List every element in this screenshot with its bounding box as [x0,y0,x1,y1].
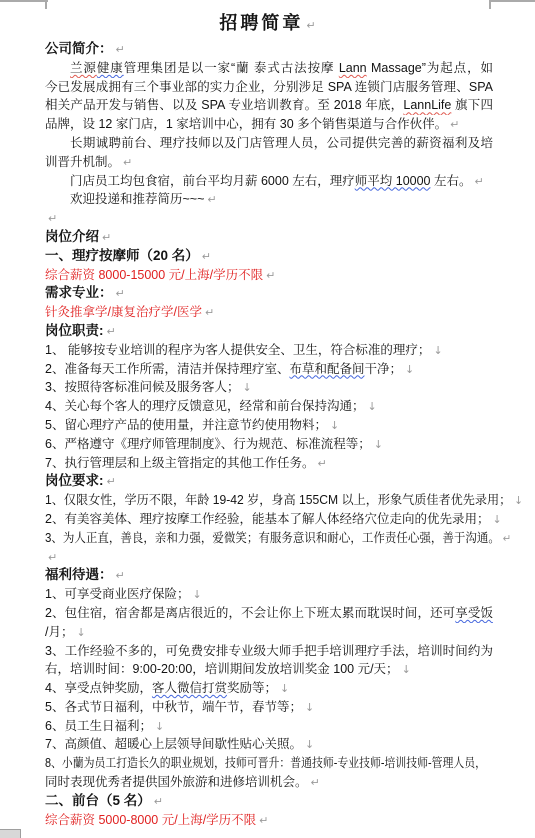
paragraph-mark: ↵ [116,567,125,586]
text-run: LannLife [403,98,451,112]
text-run: 2、包住宿，宿舍都是离店很近的，不会让你上下班太累而耽误时间，还可 [45,606,455,620]
paragraph-line: 长期诚聘前台、理疗技师以及门店管理人员，公司提供完善的薪资福利及培 [45,134,493,153]
requirement-item: 1、仅限女性，学历不限，年龄 19-42 岁，身高 155CM 以上，形象气质佳… [45,491,480,510]
text-run: 同时表现优秀者提供国外旅游和进修培训机会。 [45,775,308,789]
text-run: 1、可享受商业医疗保险； [45,587,189,601]
text-run: 6、员工生日福利； [45,719,152,733]
paragraph-line: 欢迎投递和推荐简历~~~↵ [45,190,493,209]
text-run: 兰源 [70,61,97,75]
linebreak-mark: ↓ [305,736,314,755]
duty-item: 4、关心每个客人的理疗反馈意见，经常和前台保持沟通；↓ [45,397,493,416]
text-run: 1、 能够按专业培训的程序为客人提供安全、卫生，符合标准的理疗； [45,343,430,357]
text-run: 相关产品开发与销售、以及 SPA 专业培训教育。至 2018 年底， [45,98,403,112]
benefit-item: 右，培训时间：9:00-20:00，培训期间发放培训奖金 100 元/天；↓ [45,660,493,679]
text-run: 3、为人正直，善良，亲和力强，爱微笑；有服务意识和耐心，工作责任心强，善于沟通。 [45,531,500,545]
benefits-heading: 福利待遇：↵ [45,566,493,585]
paragraph-mark: ↵ [205,304,214,323]
paragraph-line: 相关产品开发与销售、以及 SPA 专业培训教育。至 2018 年底，LannLi… [45,96,493,115]
text-run: 岗位职责: [45,323,104,338]
benefit-item: 4、享受点钟奖励，客人微信打赏奖励等；↓ [45,679,493,698]
margin-mark-top-right-horizontal [489,0,535,2]
linebreak-mark: ↓ [405,361,414,380]
paragraph-line: 品牌，设 12 家门店，1 家培训中心，拥有 30 多个销售渠道与合作伙伴。↵ [45,115,493,134]
benefit-item: 同时表现优秀者提供国外旅游和进修培训机会。↵ [45,773,493,792]
text-run: 4、享受点钟奖励， [45,681,152,695]
paragraph-mark: ↵ [116,41,125,60]
linebreak-mark: ↓ [433,342,442,361]
linebreak-mark: ↓ [492,511,501,530]
linebreak-mark: ↓ [374,436,383,455]
benefit-item: 8、小蘭为员工打造长久的职业规划，技师可晋升：普通技师-专业技师-培训技师-管理… [45,754,435,773]
text-run: 综合薪资 8000-15000 元/上海/学历不限 [45,268,263,282]
duties-heading: 岗位职责:↵ [45,322,493,341]
paragraph-mark: ↵ [450,116,459,135]
text-run: 岗位要求: [45,473,104,488]
linebreak-mark: ↓ [242,379,251,398]
paragraph-mark: ↵ [102,229,111,248]
paragraph-mark: ↵ [202,248,211,267]
job-title-masseur: 一、理疗按摩师（20 名）↵ [45,247,493,266]
document-page: 招聘简章↵ 公司简介：↵兰源健康管理集团是以一家“蘭 泰式古法按摩 Lann M… [0,0,535,838]
paragraph-line: 门店员工均包食宿，前台平均月薪 6000 左右，理疗师平均 10000 左右。↵ [45,172,493,191]
paragraph-mark: ↵ [48,549,57,568]
text-run: 7、执行管理层和上级主管指定的其他工作任务。 [45,456,314,470]
duty-item: 1、 能够按专业培训的程序为客人提供安全、卫生，符合标准的理疗；↓ [45,341,493,360]
requirement-item: 2、有美容美体、理疗按摩工作经验，能基本了解人体经络穴位走向的优先录用；↓ [45,510,493,529]
text-run: 客人微信打赏 [152,681,227,695]
requirement-item: 3、为人正直，善良，亲和力强，爱微笑；有服务意识和耐心，工作责任心强，善于沟通。… [45,529,457,548]
text-run: 3、按照待客标准问候及服务客人； [45,380,239,394]
linebreak-mark: ↓ [192,586,201,605]
salary-receptionist: 综合薪资 5000-8000 元/上海/学历不限↵ [45,811,493,830]
text-run: 干净； [364,362,402,376]
text-run: 健康 [97,61,124,75]
text-run: 4、关心每个客人的理疗反馈意见，经常和前台保持沟通； [45,399,364,413]
text-run: 左右。 [431,174,472,188]
document-title-text: 招聘简章 [219,13,303,33]
paragraph-mark: ↵ [154,793,163,812]
linebreak-mark: ↓ [280,680,289,699]
paragraph-line: 兰源健康管理集团是以一家“蘭 泰式古法按摩 Lann Massage”为起点，如 [45,59,493,78]
paragraph-line: 训晋升机制。↵ [45,153,493,172]
document-lines: 公司简介：↵兰源健康管理集团是以一家“蘭 泰式古法按摩 Lann Massage… [45,40,493,829]
text-run: 5、留心理疗产品的使用量，并注意节约使用物料； [45,418,327,432]
text-run: 需求专业： [45,285,113,300]
benefit-item: 7、高颜值、超暖心上层领导间歇性贴心关照。↓ [45,735,493,754]
text-run: Lann [339,61,367,75]
text-run: 训晋升机制。 [45,155,120,169]
text-run: 岗位介绍 [45,229,99,244]
requirements-heading: 岗位要求:↵ [45,472,493,491]
text-run: 二、前台（5 名） [45,793,151,808]
linebreak-mark: ↓ [514,492,523,511]
text-run: 2、有美容美体、理疗按摩工作经验，能基本了解人体经络穴位走向的优先录用； [45,512,489,526]
benefit-item: /月；↓ [45,623,493,642]
linebreak-mark: ↓ [402,661,411,680]
company-intro-heading: 公司简介：↵ [45,40,493,59]
benefit-item: 5、各式节日福利，中秋节，端午节，春节等；↓ [45,698,493,717]
text-run: /月； [45,625,73,639]
paragraph-mark: ↵ [116,285,125,304]
jobs-heading: 岗位介绍↵ [45,228,493,247]
text-run: 针灸推拿学/康复治疗学/医学 [45,305,202,319]
text-run: Massage”为起点，如 [367,61,493,75]
duty-item: 3、按照待客标准问候及服务客人；↓ [45,378,493,397]
text-run: 7、高颜值、超暖心上层领导间歇性贴心关照。 [45,737,302,751]
linebreak-mark: ↓ [305,699,314,718]
benefit-item: 2、包住宿，宿舍都是离店很近的，不会让你上下班太累而耽误时间，还可享受饭贴 60… [45,604,493,623]
paragraph-mark: ↵ [123,154,132,173]
linebreak-mark: ↓ [155,718,164,737]
paragraph-mark: ↵ [306,12,318,40]
paragraph-mark: ↵ [474,173,483,192]
text-run: 5、各式节日福利，中秋节，端午节，春节等； [45,700,302,714]
duty-item: 7、执行管理层和上级主管指定的其他工作任务。↵ [45,454,493,473]
document-content: 招聘简章↵ 公司简介：↵兰源健康管理集团是以一家“蘭 泰式古法按摩 Lann M… [45,9,493,829]
empty-line: ↵ [45,548,493,567]
text-run: 欢迎投递和推荐简历~~~ [70,192,204,206]
text-run: 师平均 10000 [355,174,431,188]
paragraph-mark: ↵ [317,455,326,474]
paragraph-mark: ↵ [107,473,116,492]
text-run: 1、仅限女性，学历不限，年龄 19-42 岁，身高 155CM 以上，形象气质佳… [45,493,511,507]
majors-line: 针灸推拿学/康复治疗学/医学↵ [45,303,493,322]
paragraph-mark: ↵ [207,191,216,210]
text-run: 6、严格遵守《理疗师管理制度》、行为规范、标准流程等； [45,437,371,451]
paragraph-line: 今已发展成拥有三个事业部的实力企业，分别涉足 SPA 连锁门店服务管理、SPA [45,78,493,97]
linebreak-mark: ↓ [330,417,339,436]
paragraph-mark: ↵ [311,774,320,793]
duty-item: 5、留心理疗产品的使用量，并注意节约使用物料；↓ [45,416,493,435]
text-run: 福利待遇： [45,567,113,582]
salary-masseur: 综合薪资 8000-15000 元/上海/学历不限↵ [45,266,493,285]
duty-item: 2、准备每天工作所需，清洁并保持理疗室、布草和配备间干净；↓ [45,360,493,379]
text-run: 门店员工均包食宿，前台平均月薪 6000 左右，理疗 [70,174,355,188]
text-run: 奖励等； [227,681,277,695]
margin-mark-top-right-vertical [489,0,491,9]
linebreak-mark: ↓ [76,624,85,643]
paragraph-mark: ↵ [107,323,116,342]
text-run: 综合薪资 5000-8000 元/上海/学历不限 [45,813,256,827]
margin-mark-top-left-vertical [45,0,47,9]
text-run: 公司简介： [45,41,113,56]
linebreak-mark: ↓ [367,398,376,417]
text-run: 长期诚聘前台、理疗技师以及门店管理人员，公司提供完善的薪资福利及培 [70,136,493,150]
text-run: 2、准备每天工作所需，清洁并保持理疗室、 [45,362,289,376]
benefit-item: 1、可享受商业医疗保险；↓ [45,585,493,604]
text-run: 一、理疗按摩师（20 名） [45,248,199,263]
document-title: 招聘简章↵ [45,9,493,40]
paragraph-mark: ↵ [266,267,275,286]
text-run: 管理集团是以一家“蘭 泰式古法按摩 [124,61,339,75]
paragraph-mark: ↵ [503,530,511,549]
majors-heading: 需求专业：↵ [45,284,493,303]
paragraph-mark: ↵ [259,812,268,831]
text-run: 右，培训时间：9:00-20:00，培训期间发放培训奖金 100 元/天； [45,662,399,676]
job-title-receptionist: 二、前台（5 名）↵ [45,792,493,811]
text-run: 8、小蘭为员工打造长久的职业规划，技师可晋升：普通技师-专业技师-培训技师-管理… [45,756,486,770]
empty-line: ↵ [45,209,493,228]
paragraph-mark: ↵ [48,210,57,229]
benefit-item: 6、员工生日福利；↓ [45,717,493,736]
benefit-item: 3、工作经验不多的，可免费安排专业级大师手把手培训理疗手法，培训时间约为 30 … [45,642,493,661]
duty-item: 6、严格遵守《理疗师管理制度》、行为规范、标准流程等；↓ [45,435,493,454]
text-run: 布草和配备间 [289,362,364,376]
text-run: 今已发展成拥有三个事业部的实力企业，分别涉足 SPA 连锁门店服务管理、SPA [45,80,493,94]
margin-mark-top-left-horizontal [0,0,48,2]
horizontal-scrollbar-fragment[interactable] [0,829,21,838]
text-run: 3、工作经验不多的，可免费安排专业级大师手把手培训理疗手法，培训时间约为 30 … [45,644,493,661]
text-run: 品牌，设 12 家门店，1 家培训中心，拥有 30 多个销售渠道与合作伙伴。 [45,117,447,131]
